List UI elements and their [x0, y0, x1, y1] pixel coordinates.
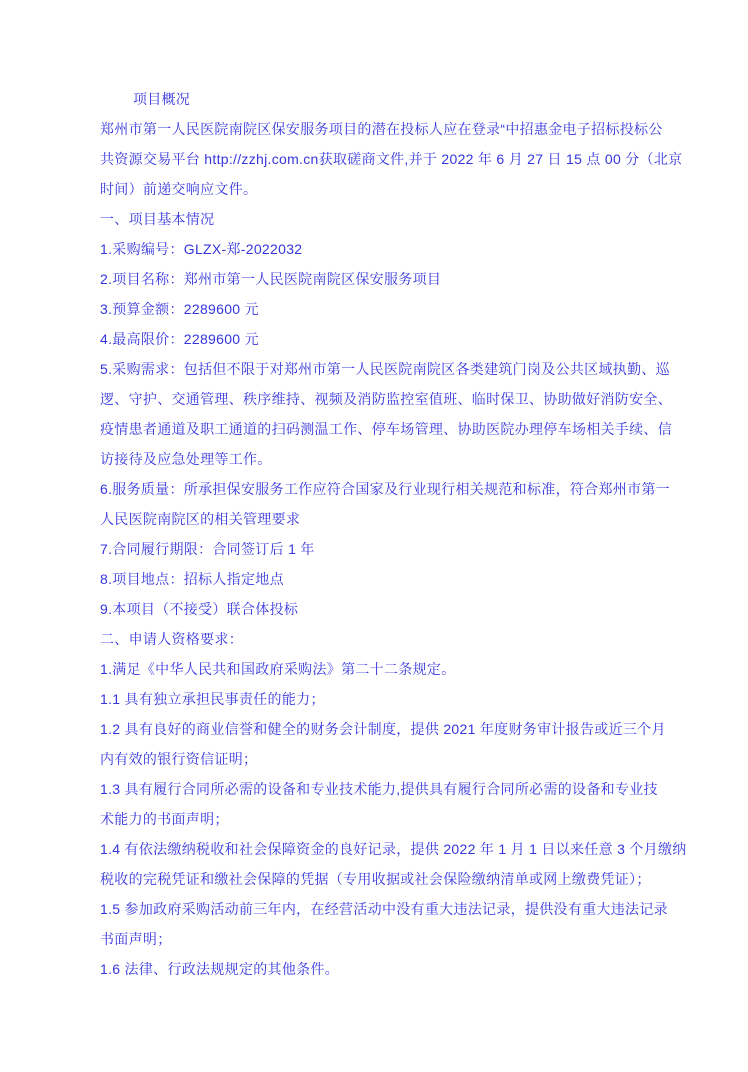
text-line: 1.5 参加政府采购活动前三年内，在经营活动中没有重大违法记录，提供没有重大违法…	[100, 894, 660, 924]
text-line: 1.满足《中华人民共和国政府采购法》第二十二条规定。	[100, 654, 660, 684]
text-line: 项目概况	[100, 84, 660, 114]
text-line: 疫情患者通道及职工通道的扫码测温工作、停车场管理、协助医院办理停车场相关手续、信	[100, 414, 660, 444]
text-line: 5.采购需求：包括但不限于对郑州市第一人民医院南院区各类建筑门岗及公共区域执勤、…	[100, 354, 660, 384]
text-line: 术能力的书面声明；	[100, 804, 660, 834]
document-page: 项目概况郑州市第一人民医院南院区保安服务项目的潜在投标人应在登录“中招惠金电子招…	[0, 0, 748, 1072]
text-line: 1.2 具有良好的商业信誉和健全的财务会计制度，提供 2021 年度财务审计报告…	[100, 714, 660, 744]
text-line: 二、申请人资格要求：	[100, 624, 660, 654]
text-line: 1.1 具有独立承担民事责任的能力；	[100, 684, 660, 714]
text-line: 1.4 有依法缴纳税收和社会保障资金的良好记录，提供 2022 年 1 月 1 …	[100, 834, 660, 864]
text-line: 访接待及应急处理等工作。	[100, 444, 660, 474]
document-body: 项目概况郑州市第一人民医院南院区保安服务项目的潜在投标人应在登录“中招惠金电子招…	[100, 84, 660, 984]
text-line: 7.合同履行期限：合同签订后 1 年	[100, 534, 660, 564]
text-line: 逻、守护、交通管理、秩序维持、视频及消防监控室值班、临时保卫、协助做好消防安全、	[100, 384, 660, 414]
text-line: 郑州市第一人民医院南院区保安服务项目的潜在投标人应在登录“中招惠金电子招标投标公	[100, 114, 660, 144]
text-line: 人民医院南院区的相关管理要求	[100, 504, 660, 534]
text-line: 1.采购编号：GLZX-郑-2022032	[100, 234, 660, 264]
text-line: 3.预算金额：2289600 元	[100, 294, 660, 324]
text-line: 时间）前递交响应文件。	[100, 174, 660, 204]
text-line: 1.3 具有履行合同所必需的设备和专业技术能力,提供具有履行合同所必需的设备和专…	[100, 774, 660, 804]
text-line: 2.项目名称：郑州市第一人民医院南院区保安服务项目	[100, 264, 660, 294]
text-line: 一、项目基本情况	[100, 204, 660, 234]
text-line: 9.本项目（不接受）联合体投标	[100, 594, 660, 624]
text-line: 4.最高限价：2289600 元	[100, 324, 660, 354]
text-line: 内有效的银行资信证明；	[100, 744, 660, 774]
text-line: 共资源交易平台 http://zzhj.com.cn获取磋商文件,并于 2022…	[100, 144, 660, 174]
text-line: 8.项目地点：招标人指定地点	[100, 564, 660, 594]
text-line: 6.服务质量：所承担保安服务工作应符合国家及行业现行相关规范和标准，符合郑州市第…	[100, 474, 660, 504]
text-line: 1.6 法律、行政法规规定的其他条件。	[100, 954, 660, 984]
text-line: 税收的完税凭证和缴社会保障的凭据（专用收据或社会保险缴纳清单或网上缴费凭证）；	[100, 864, 660, 894]
text-line: 书面声明；	[100, 924, 660, 954]
